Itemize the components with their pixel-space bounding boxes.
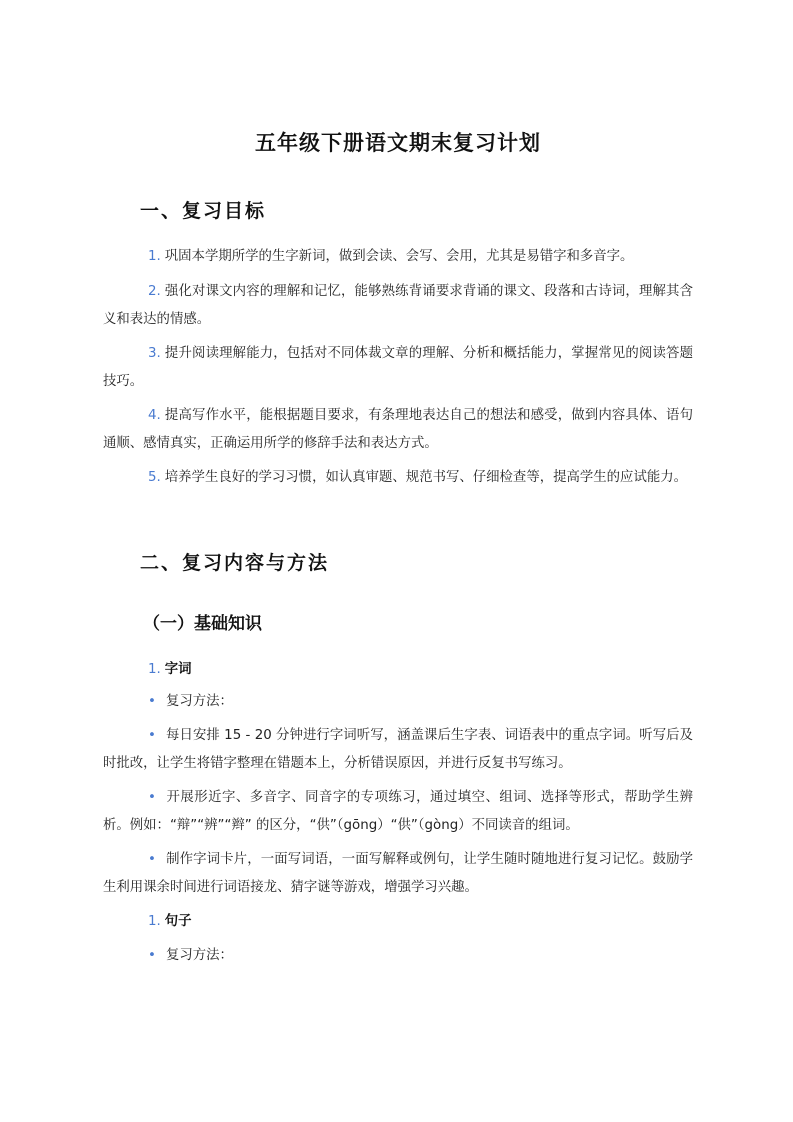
goal-item-5: 5.培养学生良好的学习习惯，如认真审题、规范书写、仔细检查等，提高学生的应试能力…	[103, 464, 693, 492]
method-label-words: •复习方法：	[103, 688, 693, 716]
goal-item-1: 1.巩固本学期所学的生字新词，做到会读、会写、会用，尤其是易错字和多音字。	[103, 243, 693, 271]
goal-text: 培养学生良好的学习习惯，如认真审题、规范书写、仔细检查等，提高学生的应试能力。	[165, 470, 687, 485]
section-heading-goals: 一、复习目标	[140, 198, 266, 224]
bullet-icon: •	[148, 942, 166, 970]
subsection-heading-basics: （一）基础知识	[143, 612, 262, 636]
list-number: 4.	[148, 408, 161, 423]
section-heading-content-methods: 二、复习内容与方法	[140, 550, 329, 576]
goal-text: 提升阅读理解能力，包括对不同体裁文章的理解、分析和概括能力，掌握常见的阅读答题技…	[103, 346, 693, 389]
list-number: 1.	[148, 249, 161, 264]
list-number: 1.	[148, 662, 161, 677]
bullet-icon: •	[148, 846, 166, 874]
method-label-sentences: •复习方法：	[103, 942, 693, 970]
topic-sentences: 1.句子	[103, 908, 693, 936]
method-label: 复习方法：	[166, 694, 233, 709]
method-text: 开展形近字、多音字、同音字的专项练习，通过填空、组词、选择等形式，帮助学生辨析。…	[103, 790, 693, 833]
goal-text: 强化对课文内容的理解和记忆，能够熟练背诵要求背诵的课文、段落和古诗词，理解其含义…	[103, 284, 693, 327]
method-text: 制作字词卡片，一面写词语，一面写解释或例句，让学生随时随地进行复习记忆。鼓励学生…	[103, 852, 693, 895]
list-number: 3.	[148, 346, 161, 361]
goal-text: 提高写作水平，能根据题目要求，有条理地表达自己的想法和感受，做到内容具体、语句通…	[103, 408, 693, 451]
bullet-icon: •	[148, 784, 166, 812]
method-label: 复习方法：	[166, 948, 233, 963]
goal-item-2: 2.强化对课文内容的理解和记忆，能够熟练背诵要求背诵的课文、段落和古诗词，理解其…	[103, 278, 693, 334]
list-number: 1.	[148, 914, 161, 929]
goal-item-4: 4.提高写作水平，能根据题目要求，有条理地表达自己的想法和感受，做到内容具体、语…	[103, 402, 693, 458]
goal-item-3: 3.提升阅读理解能力，包括对不同体裁文章的理解、分析和概括能力，掌握常见的阅读答…	[103, 340, 693, 396]
list-number: 5.	[148, 470, 161, 485]
topic-label: 句子	[165, 914, 192, 929]
method-bullet-2: •开展形近字、多音字、同音字的专项练习，通过填空、组词、选择等形式，帮助学生辨析…	[103, 784, 693, 840]
method-text: 每日安排 15 - 20 分钟进行字词听写，涵盖课后生字表、词语表中的重点字词。…	[103, 728, 693, 771]
bullet-icon: •	[148, 688, 166, 716]
bullet-icon: •	[148, 722, 166, 750]
topic-words: 1.字词	[103, 656, 693, 684]
list-number: 2.	[148, 284, 161, 299]
goal-text: 巩固本学期所学的生字新词，做到会读、会写、会用，尤其是易错字和多音字。	[165, 249, 634, 264]
topic-label: 字词	[165, 662, 192, 677]
page-title: 五年级下册语文期末复习计划	[103, 128, 693, 158]
method-bullet-3: •制作字词卡片，一面写词语，一面写解释或例句，让学生随时随地进行复习记忆。鼓励学…	[103, 846, 693, 902]
method-bullet-1: •每日安排 15 - 20 分钟进行字词听写，涵盖课后生字表、词语表中的重点字词…	[103, 722, 693, 778]
